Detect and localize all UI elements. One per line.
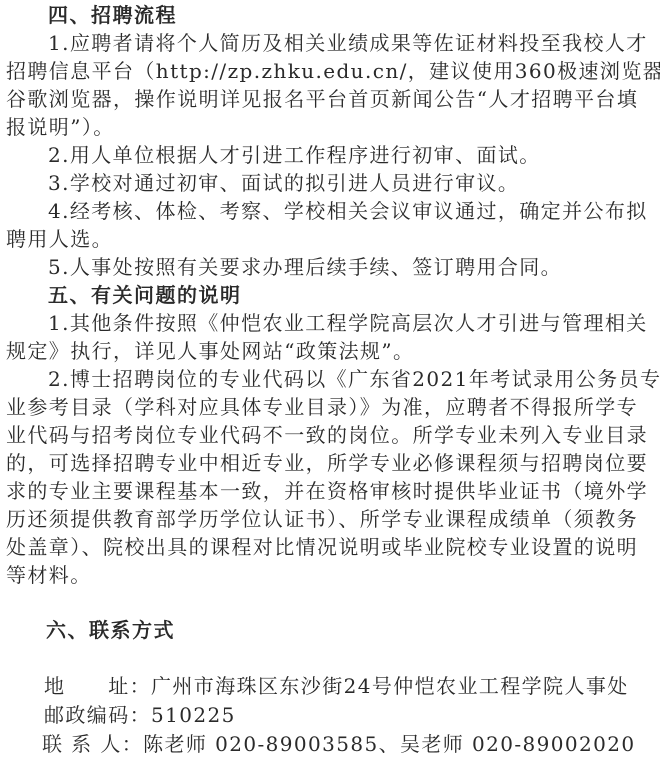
section-heading-recruitment-process: 四、招聘流程: [48, 2, 177, 29]
postcode-row: 邮政编码：510225: [44, 702, 236, 729]
postcode-value: 510225: [151, 703, 236, 727]
paragraph-line: 3.学校对通过初审、面试的拟引进人员进行审议。: [48, 170, 519, 197]
paragraph-line: 业代码与招考岗位专业代码不一致的岗位。所学专业未列入专业目录: [6, 422, 648, 449]
contact-person-row: 联 系 人：陈老师 020-89003585、吴老师 020-89002020: [42, 731, 636, 758]
document-page: 四、招聘流程 1.应聘者请将个人简历及相关业绩成果等佐证材料投至我校人才 招聘信…: [0, 0, 660, 776]
paragraph-line: 规定》执行，详见人事处网站“政策法规”。: [6, 338, 414, 365]
contact-value: 陈老师 020-89003585、吴老师 020-89002020: [143, 732, 635, 756]
section-heading-notes: 五、有关问题的说明: [48, 282, 242, 309]
section-heading-contact: 六、联系方式: [46, 617, 175, 644]
paragraph-line: 5.人事处按照有关要求办理后续手续、签订聘用合同。: [48, 254, 562, 281]
contact-label: 联 系 人：: [42, 732, 143, 756]
paragraph-line: 报说明”）。: [6, 114, 115, 141]
paragraph-line: 的，可选择招聘专业中相近专业，所学专业必修课程须与招聘岗位要: [6, 450, 648, 477]
address-value: 广州市海珠区东沙街24号仲恺农业工程学院人事处: [151, 674, 629, 698]
paragraph-line: 处盖章）、院校出具的课程对比情况说明或毕业院校专业设置的说明: [6, 534, 638, 561]
paragraph-line: 业参考目录（学科对应具体专业目录）》为准，应聘者不得报所学专: [6, 394, 638, 421]
paragraph-line: 招聘信息平台（http://zp.zhku.edu.cn/，建议使用360极速浏…: [6, 58, 660, 85]
paragraph-line: 2.博士招聘岗位的专业代码以《广东省2021年考试录用公务员专: [48, 366, 660, 393]
paragraph-line: 等材料。: [6, 562, 92, 589]
paragraph-line: 历还须提供教育部学历学位认证书）、所学专业课程成绩单（须教务: [6, 506, 638, 533]
address-label: 地 址：: [44, 674, 151, 698]
paragraph-line: 1.其他条件按照《仲恺农业工程学院高层次人才引进与管理相关: [48, 310, 648, 337]
paragraph-line: 求的专业主要课程基本一致，并在资格审核时提供毕业证书（境外学: [6, 478, 648, 505]
paragraph-line: 1.应聘者请将个人简历及相关业绩成果等佐证材料投至我校人才: [48, 30, 648, 57]
paragraph-line: 聘用人选。: [6, 226, 113, 253]
paragraph-line: 2.用人单位根据人才引进工作程序进行初审、面试。: [48, 142, 541, 169]
paragraph-line: 谷歌浏览器，操作说明详见报名平台首页新闻公告“人才招聘平台填: [6, 86, 638, 113]
postcode-label: 邮政编码：: [44, 703, 151, 727]
paragraph-line: 4.经考核、体检、考察、学校相关会议审议通过，确定并公布拟: [48, 198, 648, 225]
address-row: 地 址：广州市海珠区东沙街24号仲恺农业工程学院人事处: [44, 673, 629, 700]
